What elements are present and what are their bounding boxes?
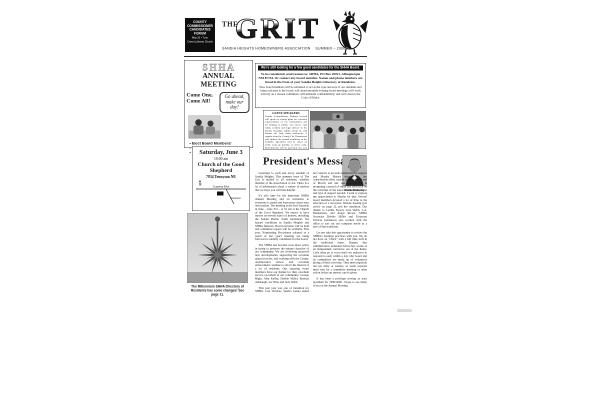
forum-venue: Cross Lutheran Church bbox=[185, 41, 215, 44]
event-details-box: Saturday, June 3 10:00 am Church of the … bbox=[192, 146, 250, 211]
map-north-label: N bbox=[199, 182, 202, 186]
message-paragraph: Let me take this opportunity to review t… bbox=[313, 231, 367, 275]
directory-caption: The Millennium SHHA Directory of Residen… bbox=[187, 285, 248, 297]
recruiting-contact-text: To be considered, send resume to: SHHA, … bbox=[258, 73, 363, 85]
agave-plant-photo bbox=[187, 213, 248, 283]
come-one-come-all-text: Come One, Come All! bbox=[187, 92, 218, 104]
meeting-audience-photo bbox=[310, 111, 366, 149]
county-forum-notice-box: COUNTY COMMISSIONER CANDIDATES FORUM May… bbox=[185, 18, 215, 52]
map-church-marker bbox=[217, 192, 224, 196]
newsletter-scan-page: COUNTY COMMISSIONER CANDIDATES FORUM May… bbox=[0, 0, 600, 400]
event-venue: Church of the Good Shepherd bbox=[194, 162, 248, 174]
masthead-tagline: SANDIA HEIGHTS HOMEOWNERS ASSOCIATION SU… bbox=[222, 47, 333, 51]
recruiting-duties-text: New board members will be entrusted to a… bbox=[258, 86, 363, 100]
board-recruiting-box: We're still looking for a few good candi… bbox=[255, 63, 366, 108]
newsletter-sheet: COUNTY COMMISSIONER CANDIDATES FORUM May… bbox=[183, 10, 369, 316]
annual-meeting-box: SHHA ANNUAL MEETING Come One, Come All! … bbox=[184, 60, 253, 148]
event-time: 10:00 am bbox=[194, 157, 248, 162]
association-name: SANDIA HEIGHTS HOMEOWNERS ASSOCIATION bbox=[222, 47, 310, 51]
scan-smudge bbox=[397, 309, 412, 312]
map-road2-label: Tennyson bbox=[230, 197, 241, 200]
guest-speakers-title: GUEST SPEAKERS bbox=[265, 112, 307, 116]
presidents-message-body: Greetings to each and every resident of … bbox=[255, 172, 367, 302]
message-paragraph: The SHHA has become even more active in … bbox=[255, 244, 309, 284]
message-paragraph: It's also time for the important SHHA An… bbox=[255, 195, 309, 242]
roadrunner-bird-icon bbox=[333, 11, 368, 55]
annual-meeting-photo bbox=[189, 115, 221, 138]
message-paragraph: Greetings to each and every resident of … bbox=[255, 172, 309, 192]
event-date: Saturday, June 3 bbox=[194, 149, 248, 157]
forum-line: FORUM bbox=[185, 32, 215, 36]
header-divider bbox=[184, 56, 367, 57]
speech-bubble: Go ahead, make our day! bbox=[220, 92, 250, 113]
annual-meeting-title: ANNUAL MEETING bbox=[187, 72, 251, 89]
recruiting-headline: We're still looking for a few good candi… bbox=[258, 66, 363, 71]
guest-speakers-body: County Commissioner Barbara Seward will … bbox=[265, 116, 307, 151]
forum-date: May 31 • 7 pm bbox=[185, 37, 215, 40]
come-one-row: Come One, Come All! Go ahead, make our d… bbox=[187, 92, 251, 113]
grit-masthead-logo: GRIT bbox=[234, 12, 332, 44]
masthead-title-text: GRIT bbox=[235, 13, 321, 44]
location-map: N Tramway Blvd Tennyson bbox=[195, 179, 247, 205]
guest-speakers-box: GUEST SPEAKERS County Commissioner Barba… bbox=[263, 110, 309, 150]
map-road1-label: Tramway Blvd bbox=[213, 186, 230, 189]
message-paragraph: It has been a privilege serving as your … bbox=[313, 278, 367, 288]
